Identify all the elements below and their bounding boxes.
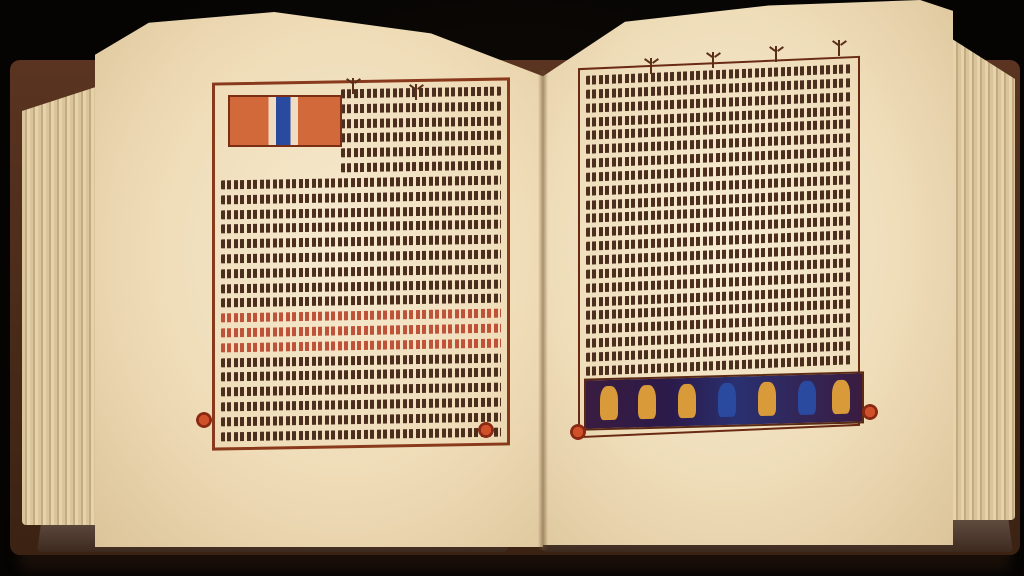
script-line bbox=[221, 220, 501, 234]
script-line bbox=[221, 205, 501, 219]
script-line bbox=[341, 146, 501, 158]
script-line bbox=[341, 131, 501, 143]
script-line bbox=[341, 101, 501, 113]
script-line bbox=[221, 368, 501, 382]
right-text-lines bbox=[586, 64, 852, 376]
foliate-sprig-icon bbox=[712, 52, 724, 68]
rosette-ornament-icon bbox=[196, 412, 212, 428]
foliate-sprig-icon bbox=[775, 46, 787, 62]
script-line bbox=[221, 427, 501, 441]
script-line bbox=[221, 338, 501, 352]
rosette-ornament-icon bbox=[570, 424, 586, 440]
script-line bbox=[221, 175, 501, 189]
script-line bbox=[221, 294, 501, 308]
script-line bbox=[221, 190, 501, 204]
book-gutter bbox=[538, 70, 548, 550]
script-line bbox=[341, 161, 501, 173]
rosette-ornament-icon bbox=[478, 422, 494, 438]
script-line bbox=[221, 264, 501, 278]
script-line bbox=[221, 324, 501, 338]
photo-scene: Open illuminated medieval manuscript boo… bbox=[0, 0, 1024, 576]
script-line bbox=[221, 279, 501, 293]
ornamental-banner bbox=[584, 371, 864, 430]
script-line bbox=[221, 383, 501, 397]
script-line bbox=[221, 398, 501, 412]
script-line bbox=[221, 235, 501, 249]
foliate-sprig-icon bbox=[415, 84, 427, 100]
foliate-sprig-icon bbox=[838, 40, 850, 56]
foliate-sprig-icon bbox=[352, 78, 364, 94]
script-line bbox=[221, 309, 501, 323]
script-line bbox=[221, 353, 501, 367]
rosette-ornament-icon bbox=[862, 404, 878, 420]
script-line bbox=[341, 116, 501, 128]
foliate-sprig-icon bbox=[650, 58, 662, 74]
miniature-illustration bbox=[228, 95, 342, 147]
script-line bbox=[221, 412, 501, 426]
script-line bbox=[221, 249, 501, 263]
